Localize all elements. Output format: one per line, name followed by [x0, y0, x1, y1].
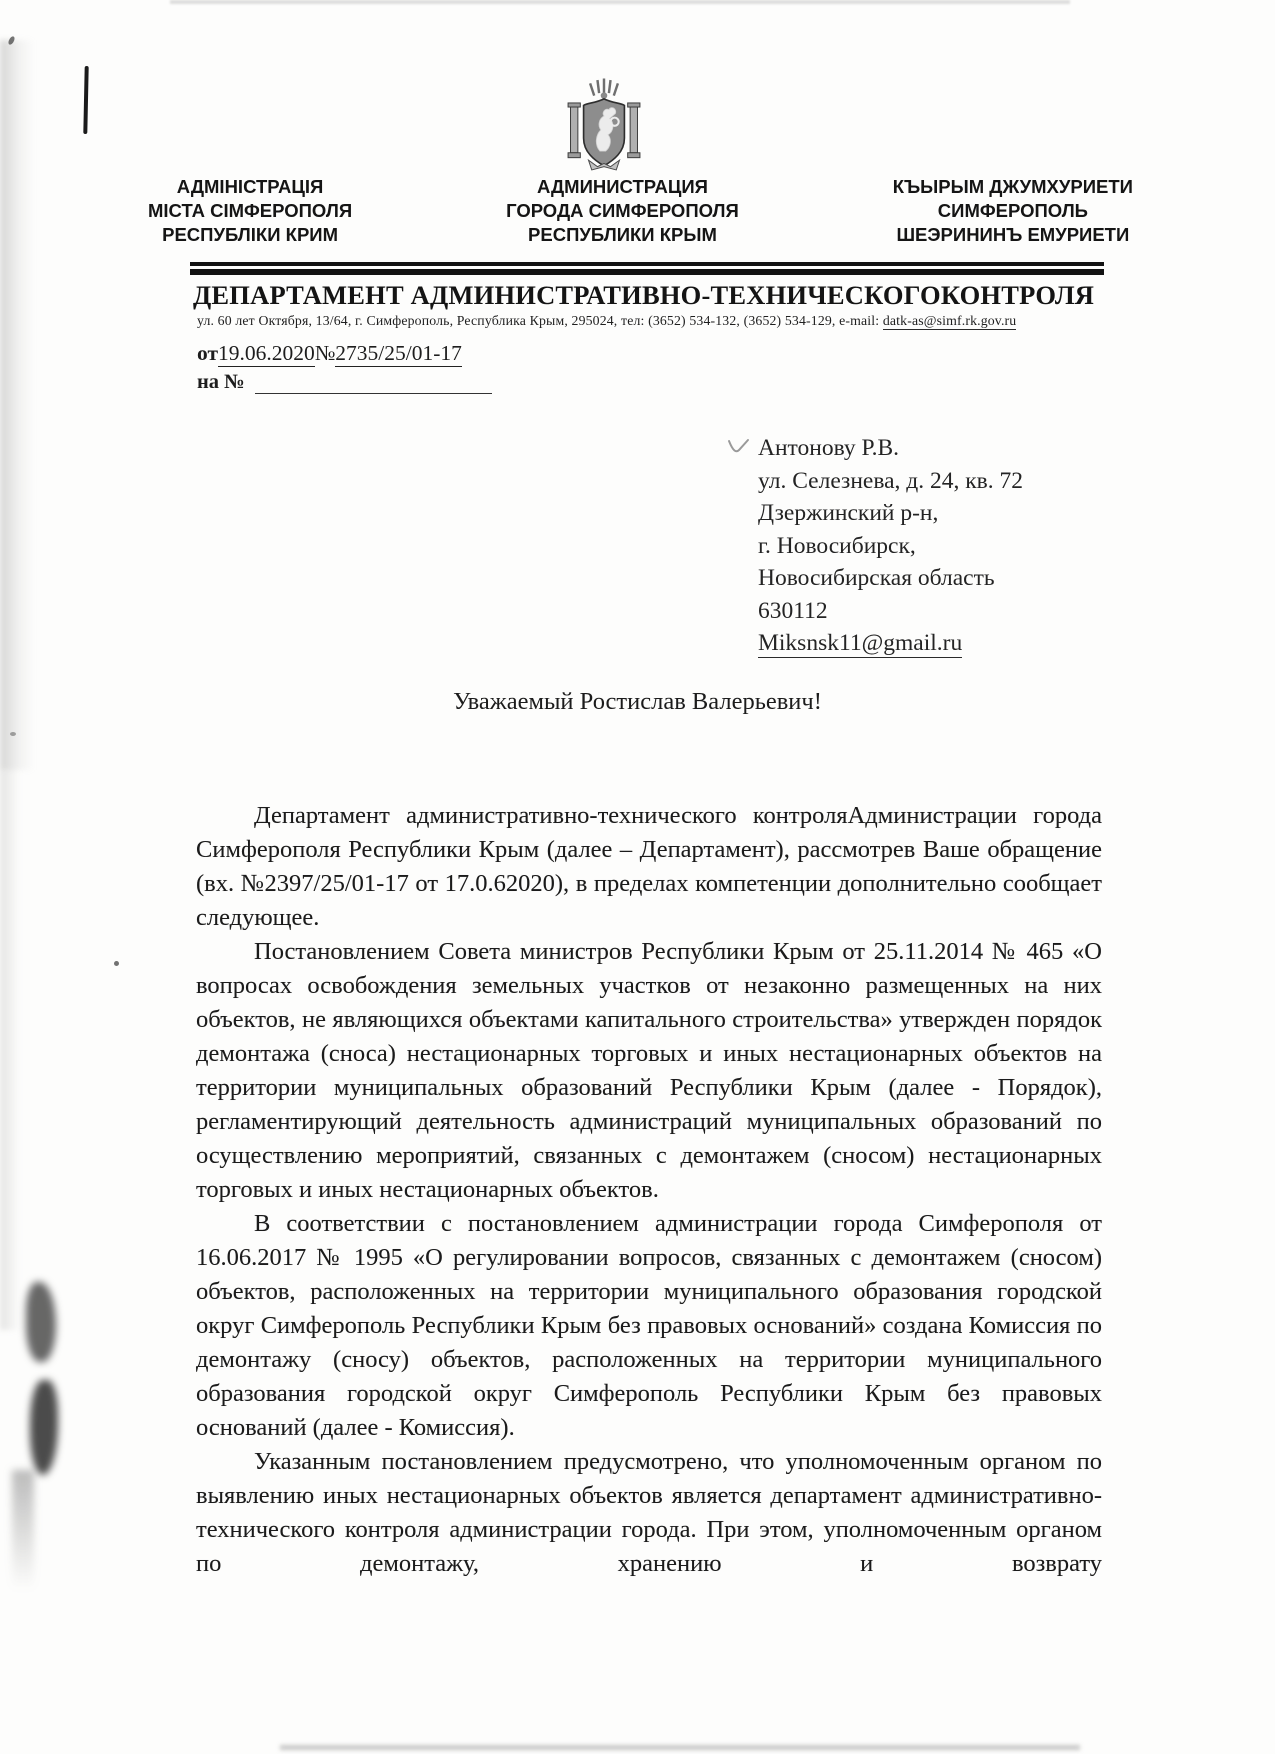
- reply-label: на №: [197, 371, 245, 393]
- recipient-postcode: 630112: [758, 595, 1023, 628]
- outgoing-reference-line: от19.06.2020№2735/25/01-17: [197, 341, 462, 366]
- org-name-ukrainian: АДМІНІСТРАЦІЯ МІСТА СІМФЕРОПОЛЯ РЕСПУБЛІ…: [148, 175, 352, 247]
- reply-number-blank: [255, 373, 492, 394]
- scan-artifact-ink-blob: [26, 1282, 56, 1362]
- letter-date: 19.06.2020: [218, 341, 315, 367]
- scan-artifact-left-streak: [0, 40, 34, 770]
- org-name-crimean-tatar: КЪЫРЫМ ДЖУМХУРИЕТИ СИМФЕРОПОЛЬ ШЕЭРИНИНЪ…: [893, 175, 1133, 247]
- scan-artifact-bottom-streak: [280, 1745, 1080, 1750]
- address-text: ул. 60 лет Октября, 13/64, г. Симферопол…: [197, 313, 883, 328]
- crimea-coat-of-arms-icon: [563, 76, 645, 174]
- department-email: datk-as@simf.rk.gov.ru: [883, 313, 1017, 330]
- body-paragraph-2: Постановлением Совета министров Республи…: [196, 935, 1102, 1207]
- scan-artifact-top-streak: [170, 0, 1070, 4]
- body-paragraph-4: Указанным постановлением предусмотрено, …: [196, 1445, 1102, 1581]
- scan-artifact-speck: [8, 35, 16, 45]
- department-title: ДЕПАРТАМЕНТ АДМИНИСТРАТИВНО-ТЕХНИЧЕСКОГО…: [193, 280, 1107, 311]
- letter-number: 2735/25/01-17: [335, 341, 462, 367]
- org-header: АДМІНІСТРАЦІЯ МІСТА СІМФЕРОПОЛЯ РЕСПУБЛІ…: [148, 175, 1133, 247]
- recipient-district: Дзержинский р-н,: [758, 497, 1023, 530]
- scanned-letter-page: АДМІНІСТРАЦІЯ МІСТА СІМФЕРОПОЛЯ РЕСПУБЛІ…: [0, 0, 1275, 1754]
- recipient-name: Антонову Р.В.: [758, 432, 1023, 465]
- department-address: ул. 60 лет Октября, 13/64, г. Симферопол…: [197, 313, 1107, 329]
- scan-artifact-ink-blob-3: [12, 1470, 34, 1590]
- from-label: от: [197, 341, 218, 365]
- scan-artifact-speck-3: [10, 732, 16, 736]
- recipient-email: Miksnsk11@gmail.ru: [758, 630, 962, 658]
- recipient-region: Новосибирская область: [758, 562, 1023, 595]
- scan-artifact-ink-blob-2: [30, 1380, 58, 1475]
- header-divider: [190, 262, 1104, 275]
- scan-artifact-pen-stroke: [83, 66, 88, 134]
- body-paragraph-1: Департамент административно-технического…: [196, 799, 1102, 935]
- number-sign: №: [315, 341, 336, 365]
- scan-artifact-left-streak-2: [0, 770, 20, 1330]
- handwritten-checkmark: [727, 438, 751, 458]
- scan-artifact-speck-2: [114, 961, 119, 966]
- letter-body: Департамент административно-технического…: [196, 799, 1102, 1581]
- body-paragraph-3: В соответствии с постановлением админист…: [196, 1207, 1102, 1445]
- salutation: Уважаемый Ростислав Валерьевич!: [0, 688, 1275, 716]
- recipient-city: г. Новосибирск,: [758, 530, 1023, 563]
- org-name-russian: АДМИНИСТРАЦИЯ ГОРОДА СИМФЕРОПОЛЯ РЕСПУБЛ…: [506, 175, 739, 247]
- recipient-street: ул. Селезнева, д. 24, кв. 72: [758, 465, 1023, 498]
- reply-reference-line: на №: [197, 371, 492, 394]
- recipient-block: Антонову Р.В. ул. Селезнева, д. 24, кв. …: [758, 432, 1023, 660]
